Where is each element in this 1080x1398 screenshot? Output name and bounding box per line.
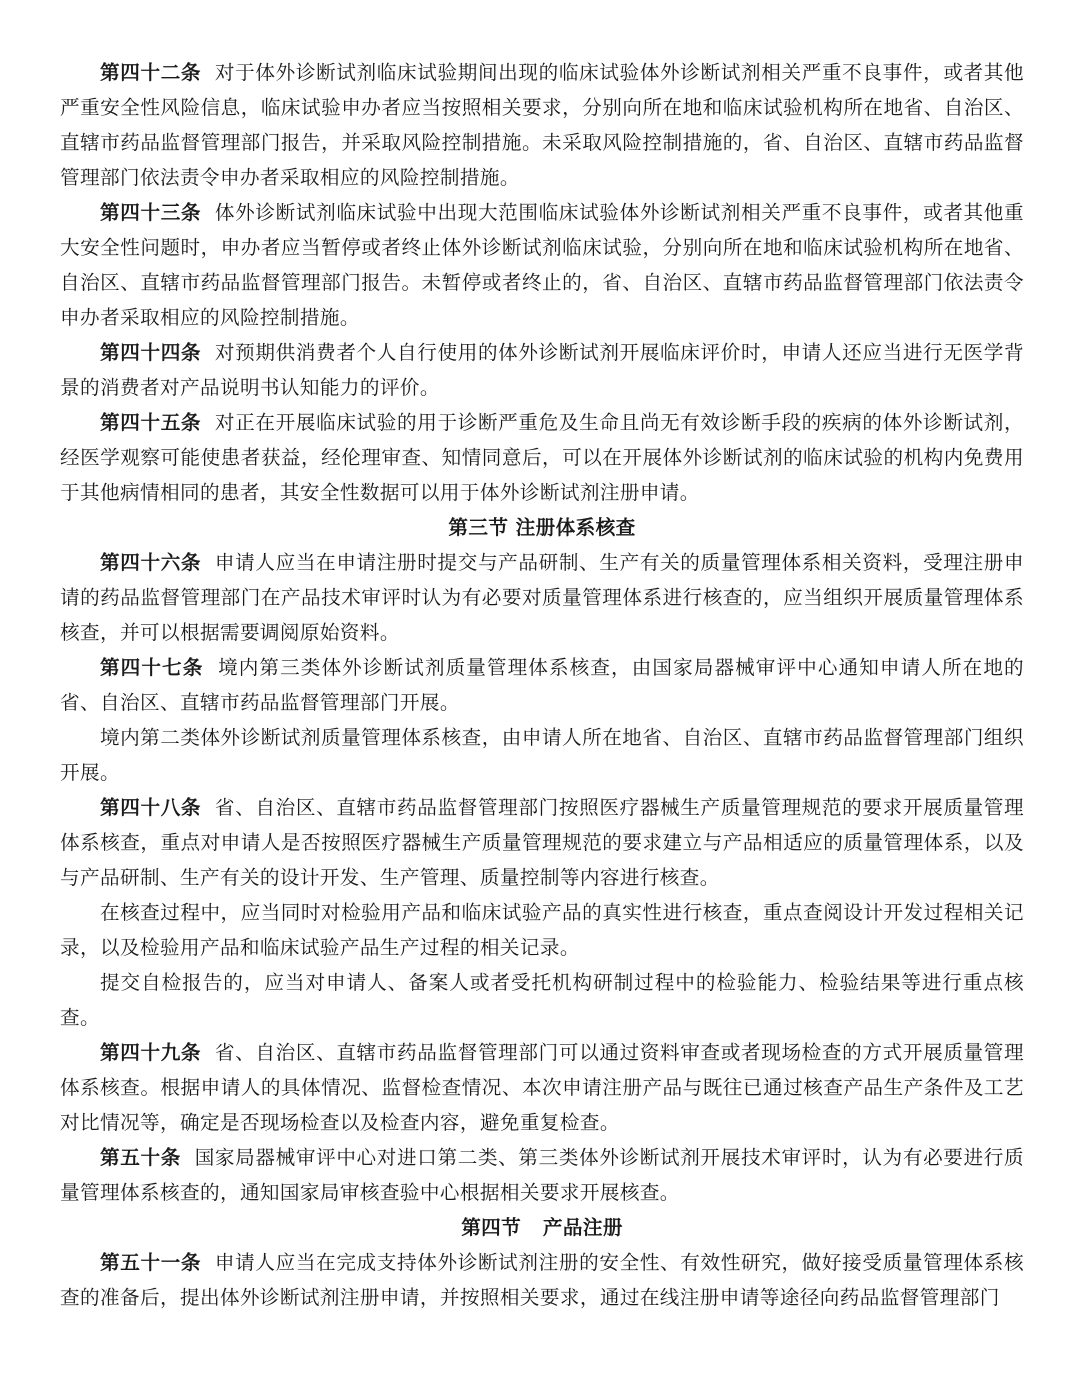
article-44: 第四十四条 对预期供消费者个人自行使用的体外诊断试剂开展临床评价时，申请人还应当…	[60, 335, 1024, 405]
article-48-paragraph-2: 在核查过程中，应当同时对检验用产品和临床试验产品的真实性进行核查，重点查阅设计开…	[60, 895, 1024, 965]
article-text: 申请人应当在完成支持体外诊断试剂注册的安全性、有效性研究，做好接受质量管理体系核…	[60, 1251, 1024, 1309]
article-text: 对预期供消费者个人自行使用的体外诊断试剂开展临床评价时，申请人还应当进行无医学背…	[60, 341, 1024, 399]
article-50: 第五十条 国家局器械审评中心对进口第二类、第三类体外诊断试剂开展技术审评时，认为…	[60, 1140, 1024, 1210]
article-45: 第四十五条 对正在开展临床试验的用于诊断严重危及生命且尚无有效诊断手段的疾病的体…	[60, 405, 1024, 510]
article-text: 体外诊断试剂临床试验中出现大范围临床试验体外诊断试剂相关严重不良事件，或者其他重…	[60, 201, 1024, 329]
article-label: 第四十九条	[100, 1041, 201, 1064]
article-43: 第四十三条 体外诊断试剂临床试验中出现大范围临床试验体外诊断试剂相关严重不良事件…	[60, 195, 1024, 335]
article-48-paragraph-3: 提交自检报告的，应当对申请人、备案人或者受托机构研制过程中的检验能力、检验结果等…	[60, 965, 1024, 1035]
article-text: 国家局器械审评中心对进口第二类、第三类体外诊断试剂开展技术审评时，认为有必要进行…	[60, 1146, 1024, 1204]
article-51: 第五十一条 申请人应当在完成支持体外诊断试剂注册的安全性、有效性研究，做好接受质…	[60, 1245, 1024, 1315]
article-text: 省、自治区、直辖市药品监督管理部门可以通过资料审查或者现场检查的方式开展质量管理…	[60, 1041, 1024, 1134]
article-48: 第四十八条 省、自治区、直辖市药品监督管理部门按照医疗器械生产质量管理规范的要求…	[60, 790, 1024, 895]
article-label: 第五十一条	[100, 1251, 201, 1274]
article-text: 境内第三类体外诊断试剂质量管理体系核查，由国家局器械审评中心通知申请人所在地的省…	[60, 656, 1024, 714]
article-label: 第四十三条	[100, 201, 201, 224]
article-47-paragraph-2: 境内第二类体外诊断试剂质量管理体系核查，由申请人所在地省、自治区、直辖市药品监督…	[60, 720, 1024, 790]
article-label: 第四十五条	[100, 411, 201, 434]
article-label: 第四十八条	[100, 796, 201, 819]
article-text: 申请人应当在申请注册时提交与产品研制、生产有关的质量管理体系相关资料，受理注册申…	[60, 551, 1024, 644]
article-47: 第四十七条 境内第三类体外诊断试剂质量管理体系核查，由国家局器械审评中心通知申请…	[60, 650, 1024, 720]
section-heading-4: 第四节 产品注册	[60, 1210, 1024, 1245]
section-heading-3: 第三节 注册体系核查	[60, 510, 1024, 545]
document-page: 第四十二条 对于体外诊断试剂临床试验期间出现的临床试验体外诊断试剂相关严重不良事…	[60, 55, 1024, 1315]
article-49: 第四十九条 省、自治区、直辖市药品监督管理部门可以通过资料审查或者现场检查的方式…	[60, 1035, 1024, 1140]
article-42: 第四十二条 对于体外诊断试剂临床试验期间出现的临床试验体外诊断试剂相关严重不良事…	[60, 55, 1024, 195]
article-label: 第四十二条	[100, 61, 201, 84]
article-label: 第五十条	[100, 1146, 181, 1169]
article-label: 第四十四条	[100, 341, 201, 364]
article-text: 省、自治区、直辖市药品监督管理部门按照医疗器械生产质量管理规范的要求开展质量管理…	[60, 796, 1024, 889]
article-text: 对于体外诊断试剂临床试验期间出现的临床试验体外诊断试剂相关严重不良事件，或者其他…	[60, 61, 1024, 189]
article-text: 对正在开展临床试验的用于诊断严重危及生命且尚无有效诊断手段的疾病的体外诊断试剂，…	[60, 411, 1024, 504]
article-label: 第四十六条	[100, 551, 201, 574]
article-46: 第四十六条 申请人应当在申请注册时提交与产品研制、生产有关的质量管理体系相关资料…	[60, 545, 1024, 650]
article-label: 第四十七条	[100, 656, 203, 679]
